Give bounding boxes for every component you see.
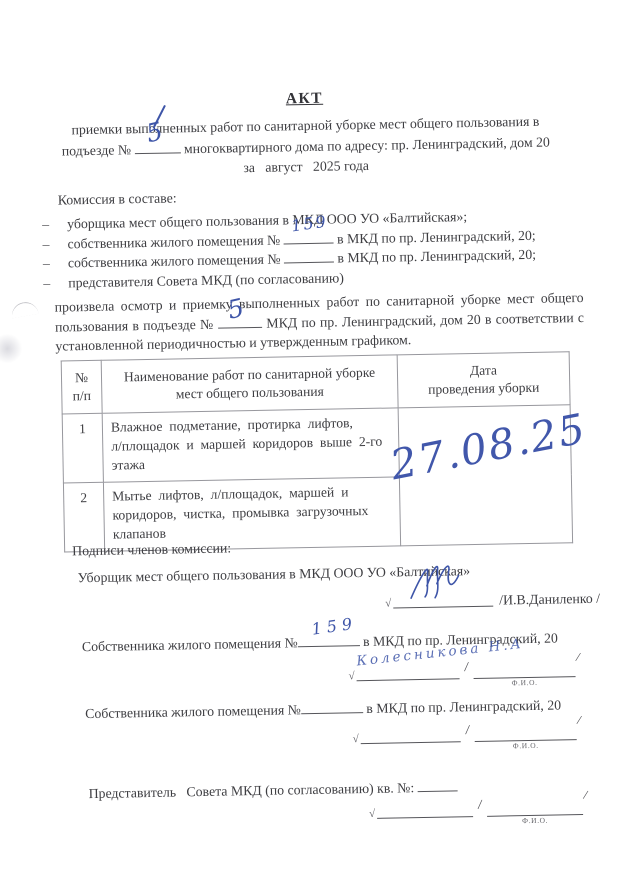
- commission-members: – уборщика мест общего пользования в МКД…: [42, 205, 588, 293]
- owner1-signature-row: √ / / Ф.И.О.: [348, 661, 575, 681]
- work-description: Мытье лифтов, л/площадок, маршей и корид…: [103, 477, 400, 551]
- document-title: АКТ: [286, 90, 324, 108]
- col-header-work: Наименование работ по санитарной уборке …: [101, 355, 398, 413]
- date-cell: 27.08.25: [398, 405, 572, 546]
- col-header-date: Дата проведения уборки: [397, 352, 570, 408]
- representative-signature-row: √ / / Ф.И.О.: [369, 799, 583, 819]
- apartment-number-blank-empty: [284, 249, 334, 264]
- apartment-number-handwritten: 159: [290, 213, 328, 234]
- owner2-signature-row: √ / / Ф.И.О.: [352, 724, 576, 744]
- entrance-number-blank: 5: [134, 139, 180, 154]
- tick-mark: √: [353, 733, 359, 745]
- date-handwritten: 27.08.25: [387, 408, 590, 486]
- fio-line: / Ф.И.О.: [487, 799, 583, 817]
- slash: /: [477, 798, 482, 814]
- row-number: 1: [62, 413, 103, 483]
- cleaner-name: /И.В.Даниленко /: [499, 591, 600, 609]
- cleaner-signature-row: √ /И.В.Даниленко /: [385, 589, 600, 609]
- commission-heading: Комиссия в составе:: [58, 190, 177, 208]
- row-number: 2: [63, 482, 104, 552]
- fio-label: Ф.И.О.: [474, 677, 576, 688]
- tick-mark: √: [385, 598, 391, 610]
- fio-label: Ф.И.О.: [487, 815, 583, 826]
- slash: /: [582, 787, 589, 803]
- owner2-apartment-blank: [301, 699, 363, 714]
- slash: /: [464, 660, 469, 676]
- col-header-number: № п/п: [61, 360, 102, 414]
- acceptance-paragraph: произвела осмотр и приемку выполненных р…: [55, 288, 585, 356]
- entrance-number-blank-2: 5: [218, 313, 262, 328]
- owner1-apartment-handwritten: 159: [310, 615, 357, 637]
- representative-label: Представитель Совета МКД (по согласовани…: [88, 777, 457, 802]
- table-header-row: № п/п Наименование работ по санитарной у…: [61, 352, 570, 414]
- owner2-label: Собственника жилого помещения № в МКД по…: [85, 695, 561, 722]
- document-subtitle: приемки выполненных работ по санитарной …: [30, 111, 581, 183]
- scanned-act-document: АКТ приемки выполненных работ по санитар…: [0, 0, 621, 877]
- fio-line: / Ф.И.О.: [474, 724, 576, 742]
- tick-mark: √: [348, 670, 354, 682]
- signature-line: [393, 591, 493, 609]
- works-table: № п/п Наименование работ по санитарной у…: [61, 351, 573, 552]
- slash: /: [576, 712, 583, 728]
- scan-artifact-arc: [10, 300, 39, 318]
- table-row: 1 Влажное подметание, протирка лифтов, л…: [62, 405, 571, 483]
- fio-line: / Ф.И.О.: [473, 661, 575, 679]
- apartment-number-blank: 159: [283, 229, 333, 244]
- tick-mark: √: [369, 808, 375, 820]
- work-description: Влажное подметание, протирка лифтов, л/п…: [102, 408, 399, 482]
- signature-line: [361, 726, 461, 744]
- scan-artifact-smudge: [0, 333, 23, 364]
- slash: /: [465, 723, 470, 739]
- signature-line: [377, 801, 473, 819]
- cleaner-signature-scribble: [406, 561, 471, 600]
- owner1-apartment-blank: 159: [297, 632, 359, 647]
- signatures-heading: Подписи членов комиссии:: [72, 540, 231, 559]
- signature-line: [356, 663, 459, 681]
- fio-label: Ф.И.О.: [475, 740, 577, 751]
- slash: /: [575, 649, 582, 665]
- representative-apartment-blank: [417, 777, 457, 792]
